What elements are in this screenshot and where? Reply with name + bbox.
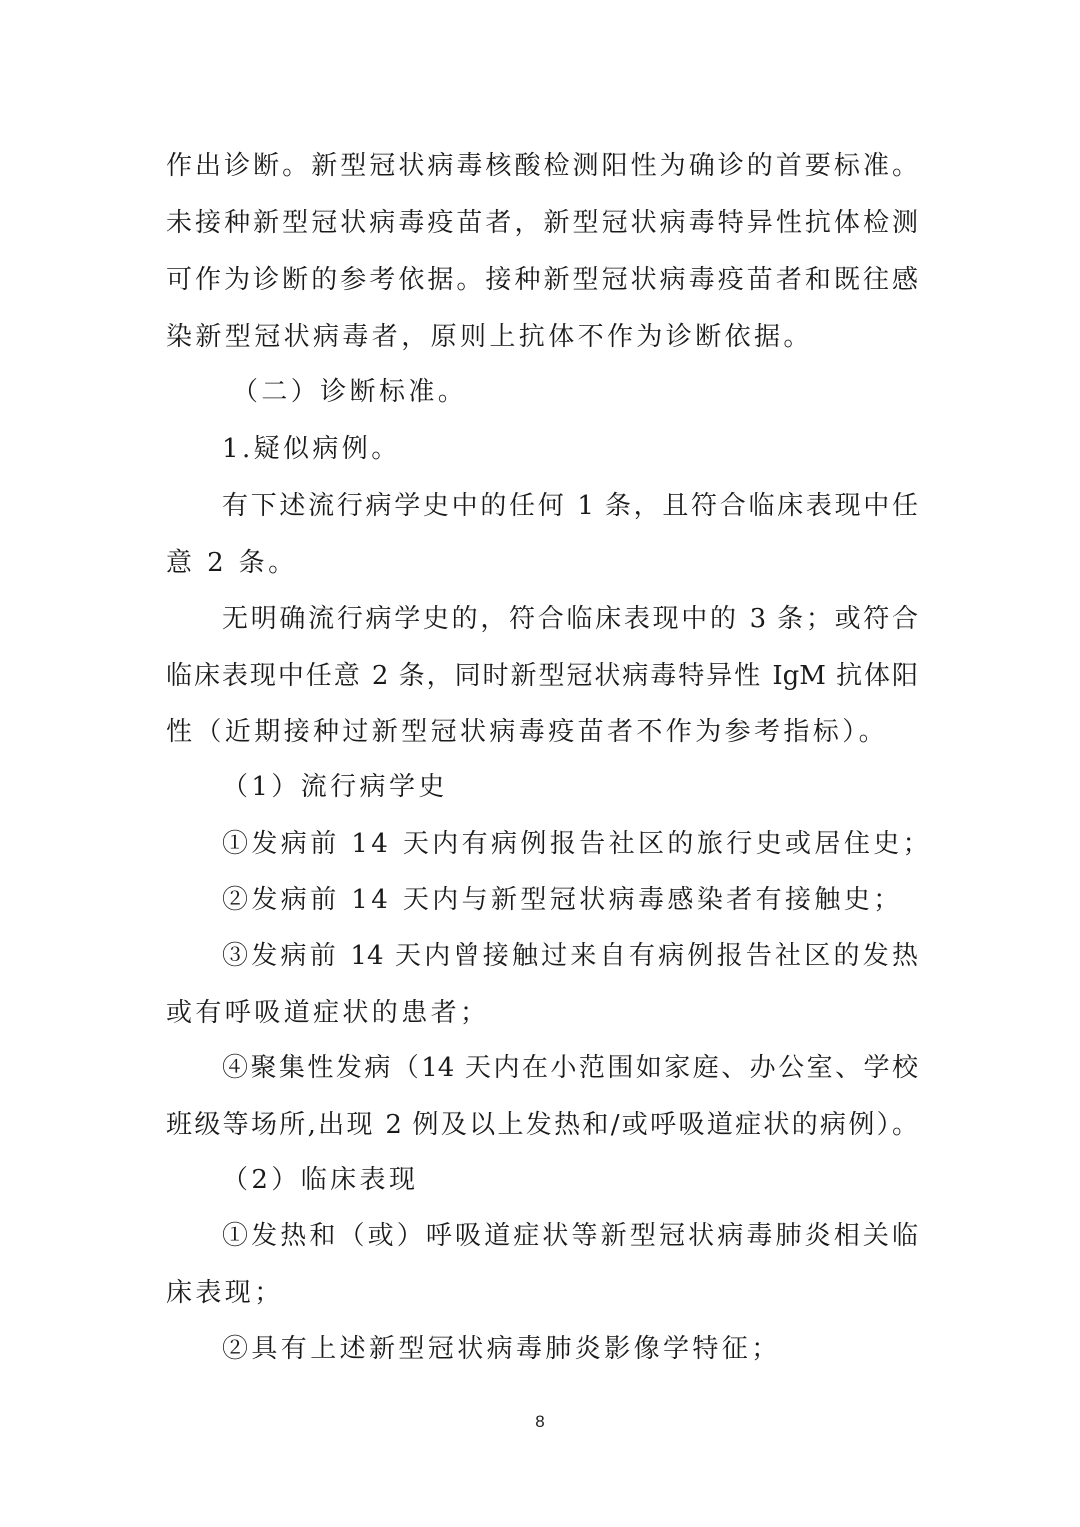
paragraph-line: 染新型冠状病毒者，原则上抗体不作为诊断依据。 (166, 317, 918, 357)
list-item: ③发病前 14 天内曾接触过来自有病例报告社区的发热 (222, 936, 918, 976)
list-heading-epidemiology: （1）流行病学史 (222, 767, 918, 807)
paragraph-line: 作出诊断。新型冠状病毒核酸检测阳性为确诊的首要标准。 (166, 146, 918, 186)
paragraph-line: 可作为诊断的参考依据。接种新型冠状病毒疫苗者和既往感 (166, 260, 918, 300)
section-heading: （二）诊断标准。 (232, 372, 928, 412)
paragraph-line: 未接种新型冠状病毒疫苗者，新型冠状病毒特异性抗体检测 (166, 203, 918, 243)
document-page: 作出诊断。新型冠状病毒核酸检测阳性为确诊的首要标准。 未接种新型冠状病毒疫苗者，… (0, 0, 1080, 1527)
paragraph-line: 性（近期接种过新型冠状病毒疫苗者不作为参考指标）。 (166, 712, 918, 752)
list-item: ①发病前 14 天内有病例报告社区的旅行史或居住史； (222, 824, 918, 864)
subsection-heading: 1.疑似病例。 (222, 429, 918, 469)
paragraph-line: 意 2 条。 (166, 543, 918, 583)
list-item-continuation: 班级等场所,出现 2 例及以上发热和/或呼吸道症状的病例）。 (166, 1105, 918, 1145)
list-heading-clinical: （2）临床表现 (222, 1160, 918, 1200)
paragraph-line: 无明确流行病学史的，符合临床表现中的 3 条；或符合 (222, 599, 918, 639)
list-item-continuation: 或有呼吸道症状的患者； (166, 993, 918, 1033)
list-item: ②具有上述新型冠状病毒肺炎影像学特征； (222, 1329, 918, 1369)
list-item-continuation: 床表现； (166, 1273, 918, 1313)
list-item: ①发热和（或）呼吸道症状等新型冠状病毒肺炎相关临 (222, 1216, 918, 1256)
list-item: ②发病前 14 天内与新型冠状病毒感染者有接触史； (222, 880, 918, 920)
paragraph-line: 有下述流行病学史中的任何 1 条，且符合临床表现中任 (222, 486, 918, 526)
paragraph-line: 临床表现中任意 2 条，同时新型冠状病毒特异性 IgM 抗体阳 (166, 656, 918, 696)
list-item: ④聚集性发病（14 天内在小范围如家庭、办公室、学校 (222, 1048, 918, 1088)
page-number: 8 (0, 1412, 1080, 1432)
